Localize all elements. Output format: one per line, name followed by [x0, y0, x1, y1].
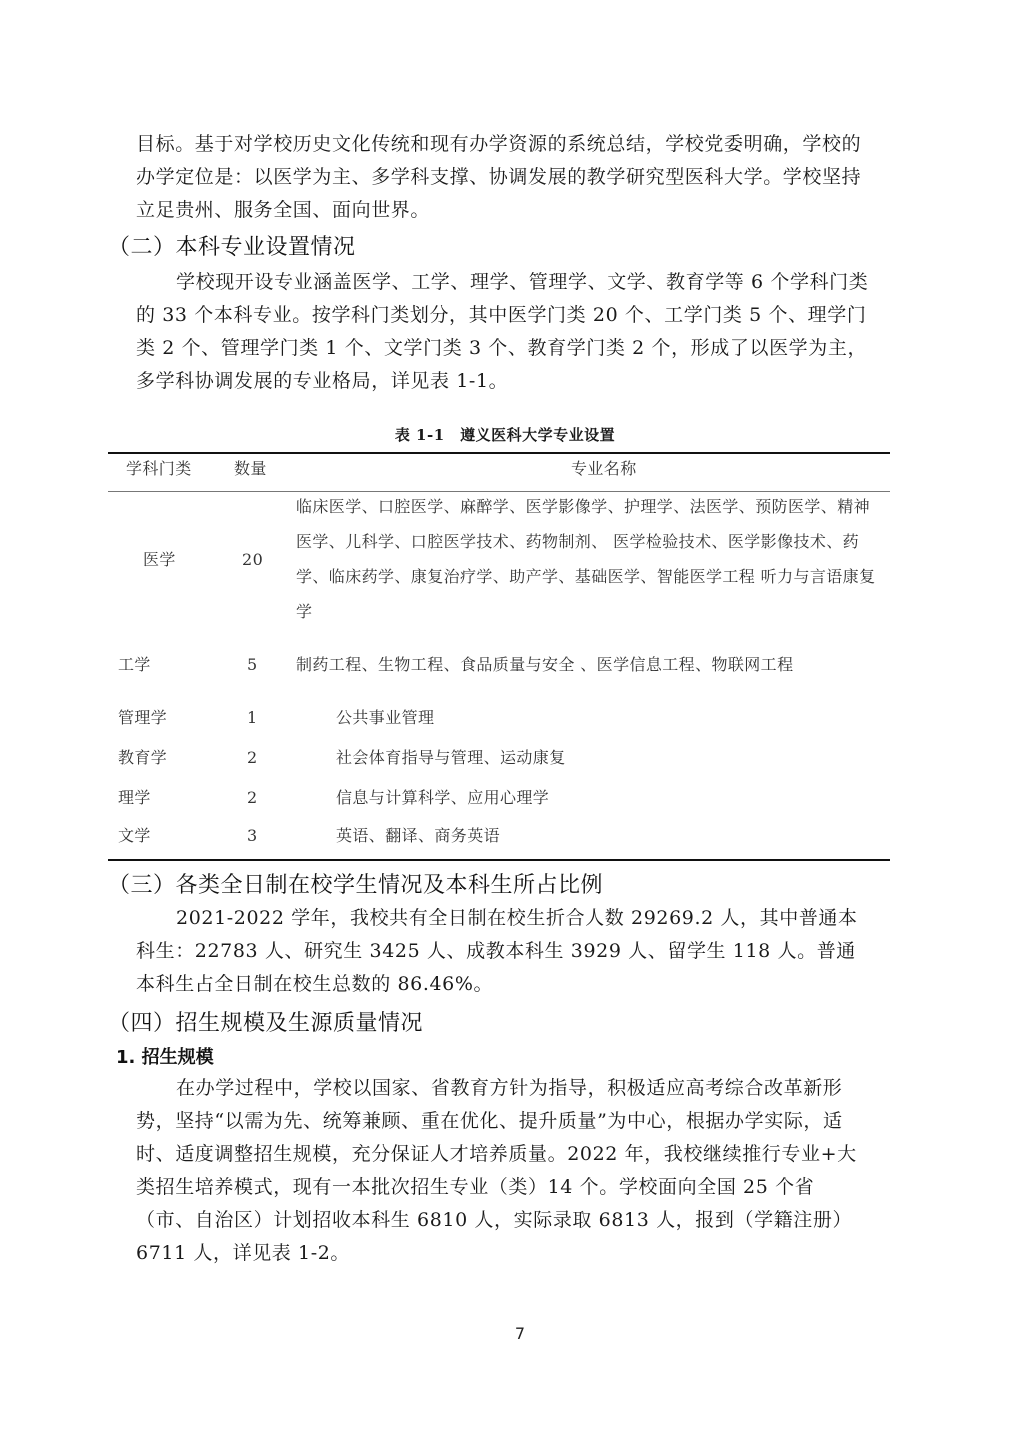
section4-1-paragraph: 在办学过程中，学校以国家、省教育方针为指导，积极适应高考综合改革新形势，坚持“以… — [136, 1072, 872, 1270]
intro-paragraph: 目标。基于对学校历史文化传统和现有办学资源的系统总结，学校党委明确，学校的办学定… — [136, 128, 872, 227]
row-majors: 社会体育指导与管理、运动康复 — [336, 740, 566, 775]
row-category: 教育学 — [118, 740, 167, 775]
table-header-majors: 专业名称 — [571, 451, 637, 486]
row-count: 5 — [247, 647, 258, 682]
subsection-heading-4-1: 1. 招生规模 — [116, 1043, 214, 1069]
row-category: 理学 — [118, 780, 151, 815]
table-caption: 表 1-1 遵义医科大学专业设置 — [0, 424, 1010, 445]
row-majors: 制药工程、生物工程、食品质量与安全 、医学信息工程、物联网工程 — [296, 647, 794, 682]
row-category: 工学 — [118, 647, 151, 682]
table-top-rule — [108, 452, 890, 454]
row-majors: 临床医学、口腔医学、麻醉学、医学影像学、护理学、法医学、预防医学、精神医学、儿科… — [296, 489, 886, 629]
row-category: 管理学 — [118, 700, 167, 735]
row-majors: 信息与计算科学、应用心理学 — [336, 780, 549, 815]
row-count: 2 — [247, 740, 258, 775]
table-header-category: 学科门类 — [126, 451, 192, 486]
row-majors: 英语、翻译、商务英语 — [336, 818, 500, 853]
row-category: 文学 — [118, 818, 151, 853]
row-majors: 公共事业管理 — [336, 700, 434, 735]
section-heading-2: （二）本科专业设置情况 — [108, 230, 356, 261]
section3-paragraph: 2021-2022 学年，我校共有全日制在校生折合人数 29269.2 人，其中… — [136, 902, 872, 1001]
section-heading-4: （四）招生规模及生源质量情况 — [108, 1006, 423, 1037]
row-count: 1 — [247, 700, 258, 735]
row-count: 20 — [242, 542, 263, 577]
table-bottom-rule — [108, 859, 890, 861]
table-header-count: 数量 — [234, 451, 267, 486]
section-heading-3: （三）各类全日制在校学生情况及本科生所占比例 — [108, 868, 603, 899]
row-count: 2 — [247, 780, 258, 815]
row-count: 3 — [247, 818, 258, 853]
page-number: 7 — [0, 1324, 1024, 1343]
section2-paragraph: 学校现开设专业涵盖医学、工学、理学、管理学、文学、教育学等 6 个学科门类的 3… — [136, 266, 872, 398]
row-category: 医学 — [143, 542, 176, 577]
